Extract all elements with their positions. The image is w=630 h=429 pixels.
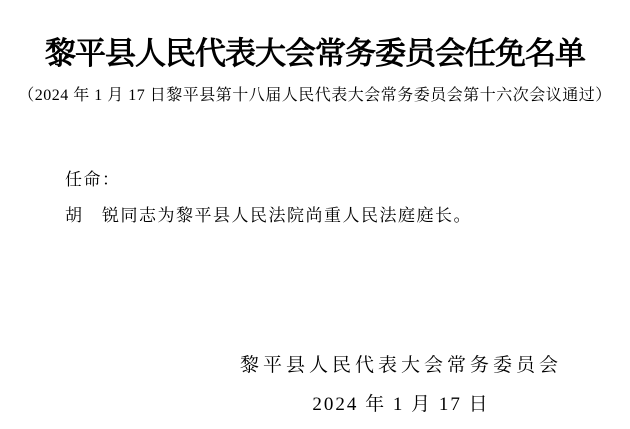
document-subtitle: （2024 年 1 月 17 日黎平县第十八届人民代表大会常务委员会第十六次会议…	[0, 82, 630, 105]
appointment-line: 胡 锐同志为黎平县人民法院尚重人民法庭庭长。	[65, 198, 590, 234]
document-page: 黎平县人民代表大会常务委员会任免名单 （2024 年 1 月 17 日黎平县第十…	[0, 0, 630, 429]
document-body: 任命： 胡 锐同志为黎平县人民法院尚重人民法庭庭长。	[65, 162, 590, 234]
signature-organization: 黎平县人民代表大会常务委员会	[240, 350, 562, 377]
signature-block: 黎平县人民代表大会常务委员会 2024 年 1 月 17 日	[240, 350, 562, 416]
signature-date: 2024 年 1 月 17 日	[240, 389, 562, 416]
document-title: 黎平县人民代表大会常务委员会任免名单	[0, 28, 630, 73]
section-label-appointments: 任命：	[65, 162, 590, 198]
